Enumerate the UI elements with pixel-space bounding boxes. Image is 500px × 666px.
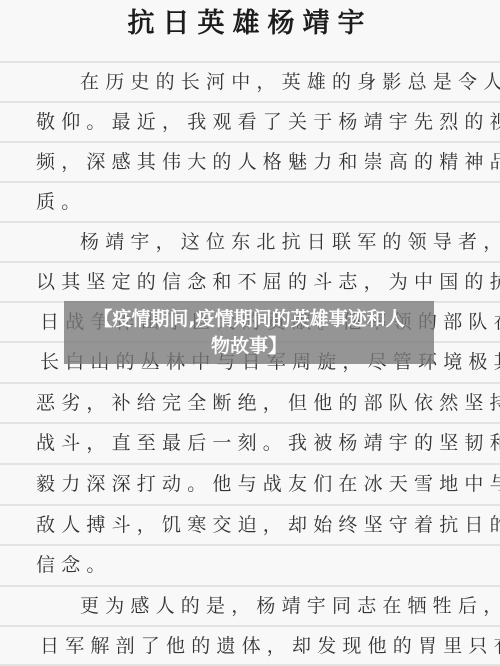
essay-line: 频，深感其伟大的人格魅力和崇高的精神品 [36, 142, 456, 182]
handwritten-essay-page: 抗日英雄杨靖宇 在历史的长河中，英雄的身影总是令人 敬仰。最近，我观看了关于杨靖… [0, 0, 500, 666]
essay-line: 杨靖宇，这位东北抗日联军的领导者， [80, 222, 500, 262]
caption-overlay: 【疫情期间,疫情期间的英雄事迹和人 物故事】 [64, 301, 434, 364]
essay-line: 在历史的长河中，英雄的身影总是令人 [80, 62, 500, 102]
essay-line: 毅力深深打动。他与战友们在冰天雪地中与 [36, 464, 456, 504]
essay-line: 敬仰。最近，我观看了关于杨靖宇先烈的视 [36, 102, 456, 142]
essay-line: 日军解剖了他的遗体，却发现他的胃里只有 [40, 626, 460, 666]
essay-title: 抗日英雄杨靖宇 [0, 0, 500, 62]
caption-line-1: 【疫情期间,疫情期间的英雄事迹和人 [64, 306, 434, 333]
essay-line: 恶劣，补给完全断绝，但他的部队依然坚持 [36, 383, 456, 423]
essay-line: 战斗，直至最后一刻。我被杨靖宇的坚韧和 [36, 423, 456, 463]
essay-line: 以其坚定的信念和不屈的斗志，为中国的抗 [36, 262, 456, 302]
essay-line: 敌人搏斗，饥寒交迫，却始终坚守着抗日的 [36, 505, 456, 545]
caption-line-2: 物故事】 [64, 333, 434, 360]
essay-line: 更为感人的是，杨靖宇同志在牺牲后， [80, 586, 500, 626]
essay-line: 信念。 [36, 545, 456, 585]
essay-line: 质。 [36, 182, 456, 222]
